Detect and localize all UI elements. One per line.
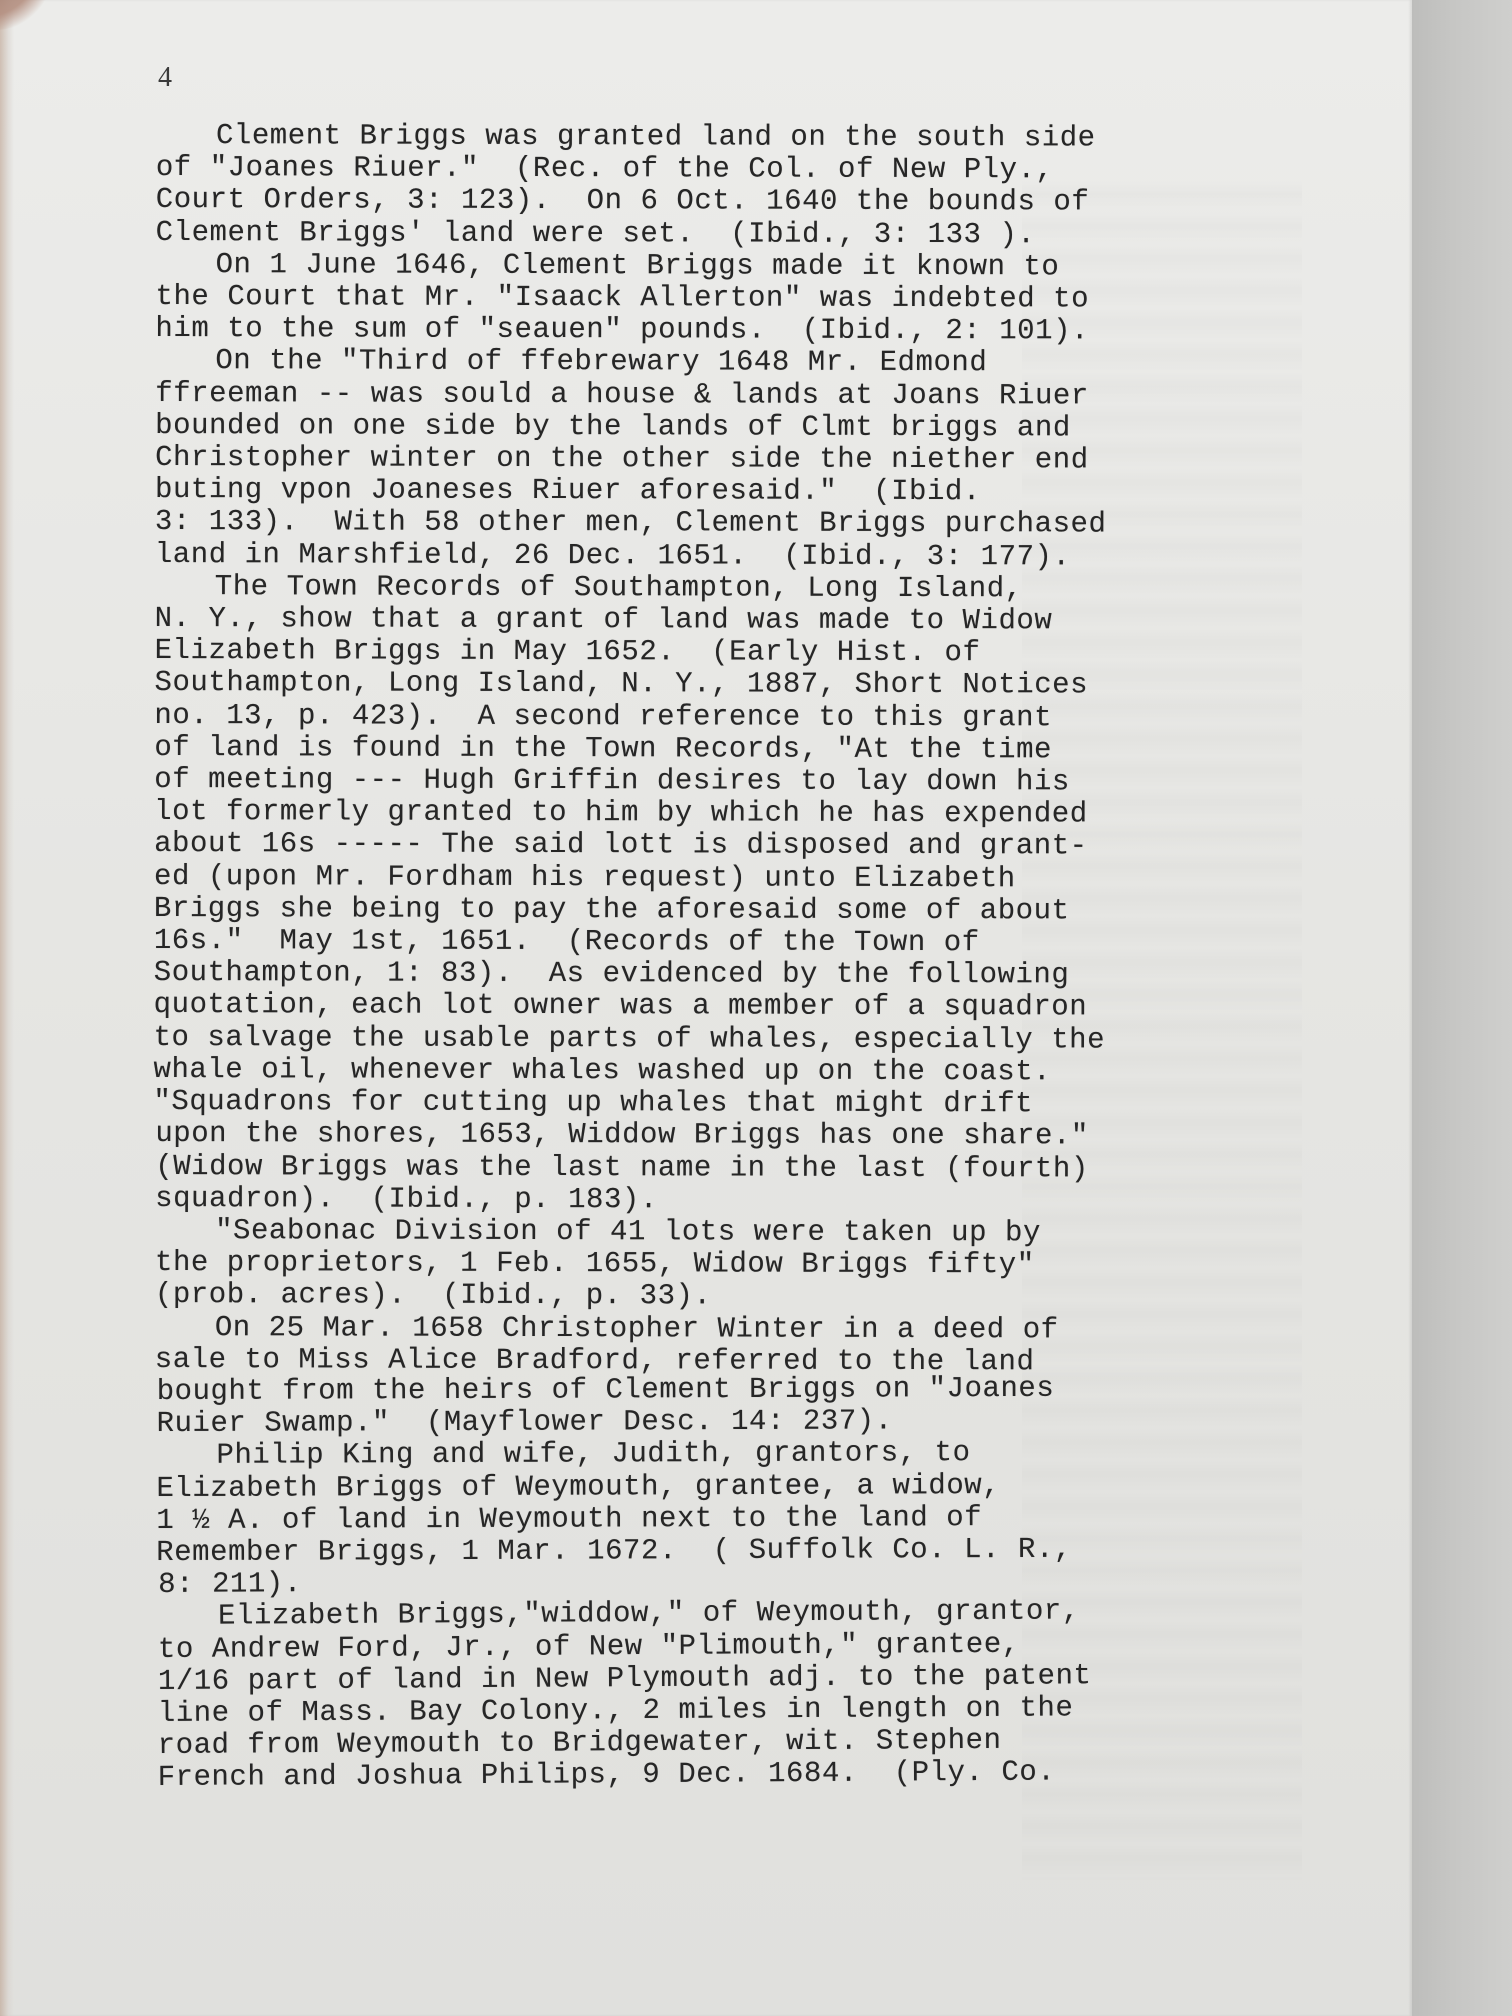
text-line: 3: 133). With 58 other men, Clement Brig… [155,506,1275,541]
text-line: 16s." May 1st, 1651. (Records of the Tow… [154,925,1274,960]
text-line: French and Joshua Philips, 9 Dec. 1684. … [158,1756,1278,1795]
text-line: (Widow Briggs was the last name in the l… [155,1151,1275,1186]
text-line: Elizabeth Briggs of Weymouth, grantee, a… [156,1469,1276,1505]
text-line: "Squadrons for cutting up whales that mi… [153,1086,1273,1121]
text-line: whale oil, whenever whales washed up on … [153,1054,1273,1089]
document-page: 4 Clement Briggs was granted land on the… [0,0,1412,2016]
text-line: Christopher winter on the other side the… [155,442,1275,477]
text-line: of land is found in the Town Records, "A… [154,732,1274,767]
text-line: (prob. acres). (Ibid., p. 33). [155,1279,1275,1314]
text-line: On the "Third of ffebrewary 1648 Mr. Edm… [155,345,1275,380]
text-line: Clement Briggs was granted land on the s… [156,120,1276,155]
text-line: The Town Records of Southampton, Long Is… [155,571,1275,606]
text-line: Clement Briggs' land were set. (Ibid., 3… [156,217,1276,252]
text-line: "Seabonac Division of 41 lots were taken… [155,1215,1275,1250]
text-line: ffreeman -- was sould a house & lands at… [155,378,1275,413]
text-line: the Court that Mr. "Isaack Allerton" was… [155,281,1275,316]
page-left-edge [0,0,14,2016]
text-line: no. 13, p. 423). A second reference to t… [154,700,1274,735]
text-line: On 1 June 1646, Clement Briggs made it k… [156,249,1276,284]
text-line: land in Marshfield, 26 Dec. 1651. (Ibid.… [155,539,1275,574]
text-line: upon the shores, 1653, Widdow Briggs has… [155,1118,1275,1153]
text-line: squadron). (Ibid., p. 183). [155,1183,1275,1218]
text-line: of meeting --- Hugh Griffin desires to l… [154,764,1274,799]
text-line: about 16s ----- The said lott is dispose… [154,828,1274,863]
text-line: On 25 Mar. 1658 Christopher Winter in a … [155,1312,1275,1347]
typewritten-body: Clement Briggs was granted land on the s… [152,120,1276,1797]
text-line: Briggs she being to pay the aforesaid so… [154,893,1274,928]
text-line: buting vpon Joaneses Riuer aforesaid." (… [155,474,1275,509]
text-line: Elizabeth Briggs in May 1652. (Early His… [155,635,1275,670]
text-line: Court Orders, 3: 123). On 6 Oct. 1640 th… [156,184,1276,219]
text-line: quotation, each lot owner was a member o… [154,989,1274,1024]
text-line: him to the sum of "seauen" pounds. (Ibid… [155,313,1275,348]
adjacent-page-edge [1412,0,1512,2016]
text-line: ed (upon Mr. Fordham his request) unto E… [154,861,1274,896]
text-line: Ruier Swamp." (Mayflower Desc. 14: 237). [157,1404,1277,1440]
text-line: 1 ½ A. of land in Weymouth next to the l… [156,1501,1276,1537]
text-line: to salvage the usable parts of whales, e… [154,1022,1274,1057]
text-line: bought from the heirs of Clement Briggs … [157,1372,1277,1408]
page-number: 4 [158,62,172,94]
text-line: Southampton, Long Island, N. Y., 1887, S… [154,667,1274,702]
text-line: the proprietors, 1 Feb. 1655, Widow Brig… [155,1247,1275,1282]
text-line: Southampton, 1: 83). As evidenced by the… [154,957,1274,992]
text-line: bounded on one side by the lands of Clmt… [155,410,1275,445]
text-line: lot formerly granted to him by which he … [154,796,1274,831]
text-line: of "Joanes Riuer." (Rec. of the Col. of … [156,152,1276,187]
text-line: N. Y., show that a grant of land was mad… [155,603,1275,638]
text-line: Philip King and wife, Judith, grantors, … [156,1436,1276,1472]
